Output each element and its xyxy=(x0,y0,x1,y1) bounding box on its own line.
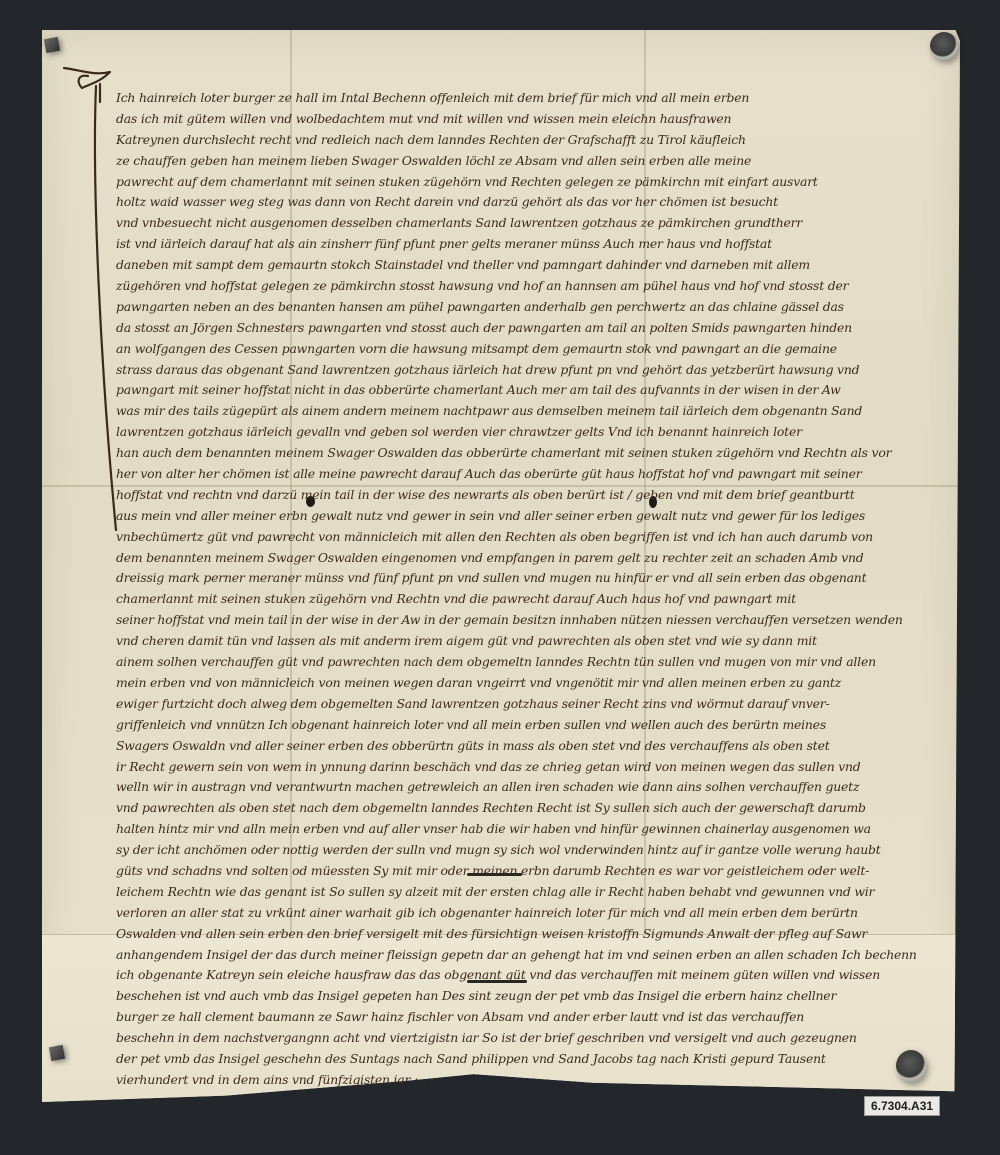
text-line: Oswalden vnd allen sein erben den brief … xyxy=(116,924,928,945)
text-line: aus mein vnd aller meiner erbn gewalt nu… xyxy=(116,506,928,527)
text-line: vnd cheren damit tün vnd lassen als mit … xyxy=(116,631,928,652)
charter-text: Ich hainreich loter burger ze hall im In… xyxy=(116,88,928,1091)
text-line: griffenleich vnd vnnützn Ich obgenant ha… xyxy=(116,715,928,736)
text-line: vnbechümertz güt vnd pawrecht von männic… xyxy=(116,527,928,548)
text-line: verloren an aller stat zu vrkünt ainer w… xyxy=(116,903,928,924)
text-line: ainem solhen verchauffen güt vnd pawrech… xyxy=(116,652,928,673)
text-line: ir Recht gewern sein von wem in ynnung d… xyxy=(116,757,928,778)
text-line: vierhundert vnd in dem ains vnd fünfzigi… xyxy=(116,1070,928,1091)
text-line: pawngarten neben an des benanten hansen … xyxy=(116,297,928,318)
text-line: an wolfgangen des Cessen pawngarten vorn… xyxy=(116,339,928,360)
text-line: strass daraus das obgenant Sand lawrentz… xyxy=(116,360,928,381)
text-line: chamerlannt mit seinen stuken zügehörn v… xyxy=(116,589,928,610)
text-line: vnd vnbesuecht nicht ausgenomen desselbe… xyxy=(116,213,928,234)
text-line: dreissig mark perner meraner münss vnd f… xyxy=(116,568,928,589)
text-line: halten hintz mir vnd alln mein erben vnd… xyxy=(116,819,928,840)
text-line: ist vnd iärleich darauf hat als ain zins… xyxy=(116,234,928,255)
mounting-magnet-bottom-right-icon xyxy=(896,1050,926,1082)
mounting-pin-top-left-icon xyxy=(44,37,60,53)
text-line: welln wir in austragn vnd verantwurtn ma… xyxy=(116,777,928,798)
text-line: beschehn in dem nachstvergangnn acht vnd… xyxy=(116,1028,928,1049)
mounting-pin-bottom-left-icon xyxy=(49,1045,65,1061)
text-line: der pet vmb das Insigel geschehn des Sun… xyxy=(116,1049,928,1070)
text-line: was mir des tails zügepürt als ainem and… xyxy=(116,401,928,422)
text-line: mein erben vnd von männicleich von meine… xyxy=(116,673,928,694)
text-line: holtz waid wasser weg steg was dann von … xyxy=(116,192,928,213)
text-line: pawrecht auf dem chamerlannt mit seinen … xyxy=(116,172,928,193)
text-line: zügehören vnd hoffstat gelegen ze pämkir… xyxy=(116,276,928,297)
shelfmark-label: 6.7304.A31 xyxy=(864,1096,940,1116)
text-line: sy der icht anchömen oder nottig werden … xyxy=(116,840,928,861)
text-line: pawngart mit seiner hoffstat nicht in da… xyxy=(116,380,928,401)
text-line: güts vnd schadns vnd solten od müessten … xyxy=(116,861,928,882)
decorated-initial-i-icon xyxy=(60,62,120,532)
text-line: her von alter her chömen ist alle meine … xyxy=(116,464,928,485)
text-line: ich obgenante Katreyn sein eleiche hausf… xyxy=(116,965,928,986)
text-line: han auch dem benannten meinem Swager Osw… xyxy=(116,443,928,464)
mounting-magnet-top-right-icon xyxy=(930,32,958,60)
text-line: ewiger furtzicht doch alweg dem obgemelt… xyxy=(116,694,928,715)
text-line: ze chauffen geben han meinem lieben Swag… xyxy=(116,151,928,172)
text-line: anhangendem Insigel der das durch meiner… xyxy=(116,945,928,966)
text-line: dem benannten meinem Swager Oswalden ein… xyxy=(116,548,928,569)
text-line: vnd pawrechten als oben stet nach dem ob… xyxy=(116,798,928,819)
text-line: lawrentzen gotzhaus iärleich gevalln vnd… xyxy=(116,422,928,443)
text-line: da stosst an Jörgen Schnesters pawngarte… xyxy=(116,318,928,339)
text-line: Katreynen durchslecht recht vnd redleich… xyxy=(116,130,928,151)
text-line: leichem Rechtn wie das genant ist So sul… xyxy=(116,882,928,903)
text-line: Ich hainreich loter burger ze hall im In… xyxy=(116,88,928,109)
text-line: hoffstat vnd rechtn vnd darzü mein tail … xyxy=(116,485,928,506)
text-line: seiner hoffstat vnd mein tail in der wis… xyxy=(116,610,928,631)
text-line: Swagers Oswaldn vnd aller seiner erben d… xyxy=(116,736,928,757)
text-line: burger ze hall clement baumann ze Sawr h… xyxy=(116,1007,928,1028)
text-line: das ich mit gütem willen vnd wolbedachte… xyxy=(116,109,928,130)
text-line: daneben mit sampt dem gemaurtn stokch St… xyxy=(116,255,928,276)
text-line: beschehen ist vnd auch vmb das Insigel g… xyxy=(116,986,928,1007)
